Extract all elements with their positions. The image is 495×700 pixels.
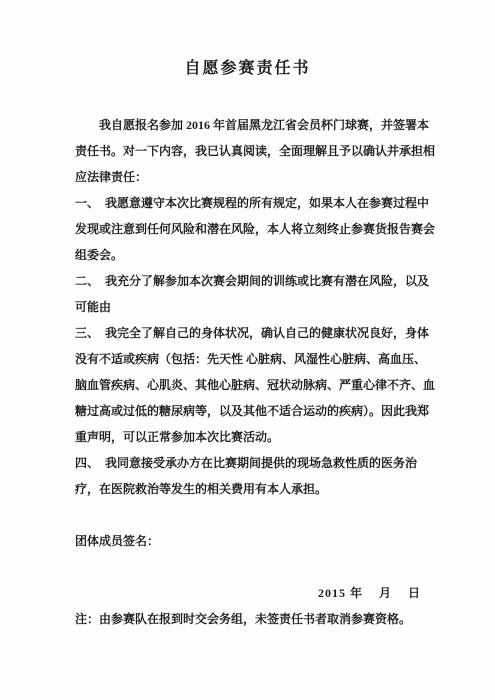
list-item-line: 四、 我同意接受承办方在比赛期间提供的现场急救性质的医务治 [75,450,421,476]
blank-line [75,502,421,528]
document-body: 我自愿报名参加 2016 年首届黑龙江省会员杯门球赛，并签署本责任书。对一下内容… [75,112,421,632]
list-item-line: 没有不适或疾病（包括：先天性 心脏病、风湿性心脏病、高血压、 [75,346,421,372]
list-item-line: 三、 我完全了解自己的身体状况，确认自己的健康状况良好，身体 [75,320,421,346]
date-line: 2015 年 月 日 [75,580,421,606]
list-item-line: 脑血管疾病、心肌炎、其他心脏病、冠状动脉病、严重心律不齐、血 [75,372,421,398]
list-item-line: 发现或注意到任何风险和潜在风险，本人将立刻终止参赛货报告赛会 [75,216,421,242]
list-item-line: 组委会。 [75,242,421,268]
blank-line [75,554,421,580]
note-line: 注：由参赛队在报到时交会务组，未签责任书者取消参赛资格。 [75,606,421,632]
document-page: 自愿参赛责任书 我自愿报名参加 2016 年首届黑龙江省会员杯门球赛，并签署本责… [0,0,495,700]
signature-label: 团体成员签名： [75,528,421,554]
paragraph-line: 应法律责任： [75,164,421,190]
list-item-line: 可能由 [75,294,421,320]
document-title: 自愿参赛责任书 [0,58,495,80]
paragraph-line: 我自愿报名参加 2016 年首届黑龙江省会员杯门球赛，并签署本 [75,112,421,138]
list-item-line: 二、 我充分了解参加本次赛会期间的训练或比赛有潜在风险，以及 [75,268,421,294]
list-item-line: 疗，在医院救治等发生的相关费用有本人承担。 [75,476,421,502]
paragraph-line: 责任书。对一下内容，我已认真阅读，全面理解且予以确认并承担相 [75,138,421,164]
list-item-line: 糖过高或过低的糖尿病等，以及其他不适合运动的疾病）。因此我郑 [75,398,421,424]
list-item-line: 一、 我愿意遵守本次比赛规程的所有规定，如果本人在参赛过程中 [75,190,421,216]
list-item-line: 重声明，可以正常参加本次比赛活动。 [75,424,421,450]
